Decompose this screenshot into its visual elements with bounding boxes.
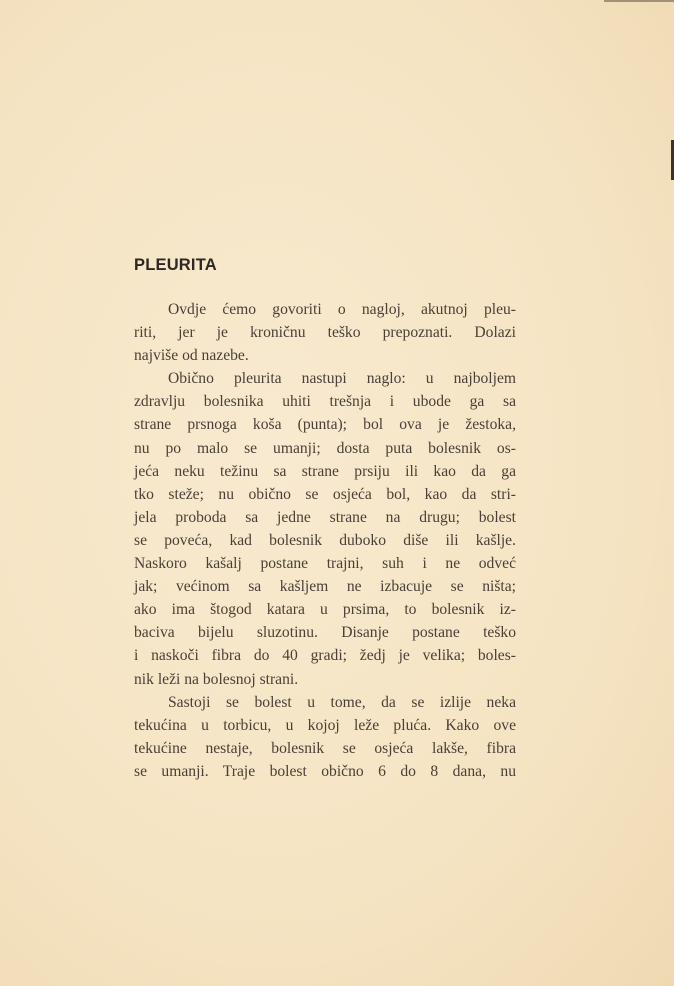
section-title: PLEURITA xyxy=(134,256,217,275)
text-line: nu po malo se umanji; dosta puta bolesni… xyxy=(134,437,516,460)
text-line: baciva bijelu sluzotinu. Disanje postane… xyxy=(134,621,516,644)
text-line: se poveća, kad bolesnik duboko diše ili … xyxy=(134,529,516,552)
text-line: jela proboda sa jedne strane na drugu; b… xyxy=(134,506,516,529)
text-line: tekućina u torbicu, u kojoj leže pluća. … xyxy=(134,714,516,737)
text-line: tekućine nestaje, bolesnik se osjeća lak… xyxy=(134,737,516,760)
scanned-page: PLEURITA Ovdje ćemo govoriti o nagloj, a… xyxy=(0,0,674,986)
page-edge-shadow xyxy=(604,0,674,2)
text-line: nik leži na bolesnoj strani. xyxy=(134,668,516,691)
text-line: Ovdje ćemo govoriti o nagloj, akutnoj pl… xyxy=(134,298,516,321)
text-line: Sastoji se bolest u tome, da se izlije n… xyxy=(134,691,516,714)
text-line: i naskoči fibra do 40 gradi; žedj je vel… xyxy=(134,644,516,667)
text-line: Naskoro kašalj postane trajni, suh i ne … xyxy=(134,552,516,575)
text-line: strane prsnoga koša (punta); bol ova je … xyxy=(134,413,516,436)
text-line: Obično pleurita nastupi naglo: u najbolj… xyxy=(134,367,516,390)
text-line: tko steže; nu obično se osjeća bol, kao … xyxy=(134,483,516,506)
text-line: se umanji. Traje bolest obično 6 do 8 da… xyxy=(134,760,516,783)
text-line: zdravlju bolesnika uhiti trešnja i ubode… xyxy=(134,390,516,413)
body-text: Ovdje ćemo govoriti o nagloj, akutnoj pl… xyxy=(134,298,516,783)
text-line: jak; većinom sa kašljem ne izbacuje se n… xyxy=(134,575,516,598)
text-line: najviše od nazebe. xyxy=(134,344,516,367)
text-line: riti, jer je kroničnu teško prepoznati. … xyxy=(134,321,516,344)
text-line: jeća neku težinu sa strane prsiju ili ka… xyxy=(134,460,516,483)
text-line: ako ima štogod katara u prsima, to boles… xyxy=(134,598,516,621)
